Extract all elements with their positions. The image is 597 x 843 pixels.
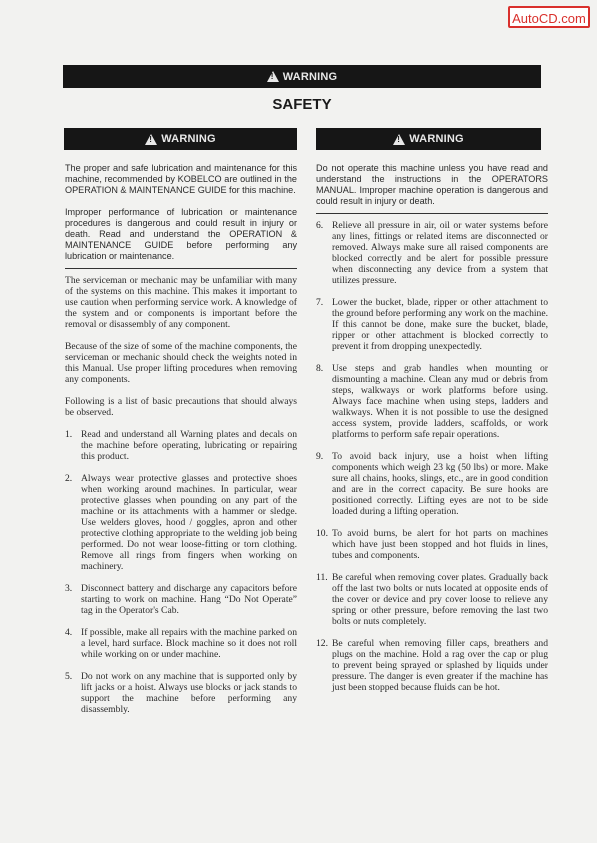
- top-warning-banner: WARNING: [63, 65, 541, 88]
- item-number: 5.: [65, 671, 81, 715]
- item-number: 9.: [316, 451, 332, 517]
- item-text: If possible, make all repairs with the m…: [81, 627, 297, 660]
- warning-triangle-icon: [145, 134, 157, 145]
- item-text: Disconnect battery and discharge any cap…: [81, 583, 297, 616]
- item-text: To avoid back injury, use a hoist when l…: [332, 451, 548, 517]
- precaution-item: 10. To avoid burns, be alert for hot par…: [316, 528, 548, 561]
- precaution-item: 9. To avoid back injury, use a hoist whe…: [316, 451, 548, 517]
- item-text: Lower the bucket, blade, ripper or other…: [332, 297, 548, 352]
- item-text: Read and understand all Warning plates a…: [81, 429, 297, 462]
- precaution-item: 2. Always wear protective glasses and pr…: [65, 473, 297, 572]
- item-number: 4.: [65, 627, 81, 660]
- item-number: 6.: [316, 220, 332, 286]
- banner-label: WARNING: [283, 71, 338, 83]
- warning-triangle-icon: [267, 71, 279, 82]
- precaution-item: 7. Lower the bucket, blade, ripper or ot…: [316, 297, 548, 352]
- precaution-item: 4. If possible, make all repairs with th…: [65, 627, 297, 660]
- item-number: 2.: [65, 473, 81, 572]
- item-text: Relieve all pressure in air, oil or wate…: [332, 220, 548, 286]
- body-paragraph: Because of the size of some of the machi…: [65, 341, 297, 385]
- watermark-logo: AutoCD.com: [508, 6, 590, 28]
- item-number: 1.: [65, 429, 81, 462]
- divider: [316, 213, 548, 214]
- left-warning-banner: WARNING: [64, 128, 297, 150]
- precaution-item: 8. Use steps and grab handles when mount…: [316, 363, 548, 440]
- left-column: The proper and safe lubrication and main…: [65, 163, 297, 715]
- warning-paragraph: Do not operate this machine unless you h…: [316, 163, 548, 207]
- precaution-item: 6. Relieve all pressure in air, oil or w…: [316, 220, 548, 286]
- body-paragraph: The serviceman or mechanic may be unfami…: [65, 275, 297, 330]
- precaution-item: 1. Read and understand all Warning plate…: [65, 429, 297, 462]
- item-text: Always wear protective glasses and prote…: [81, 473, 297, 572]
- precaution-item: 12. Be careful when removing filler caps…: [316, 638, 548, 693]
- page-title: SAFETY: [63, 96, 541, 113]
- divider: [65, 268, 297, 269]
- item-number: 10.: [316, 528, 332, 561]
- warning-paragraph: Improper performance of lubrication or m…: [65, 207, 297, 262]
- warning-triangle-icon: [393, 134, 405, 145]
- item-number: 8.: [316, 363, 332, 440]
- item-text: Be careful when removing cover plates. G…: [332, 572, 548, 627]
- item-number: 7.: [316, 297, 332, 352]
- precaution-item: 5. Do not work on any machine that is su…: [65, 671, 297, 715]
- precaution-item: 3. Disconnect battery and discharge any …: [65, 583, 297, 616]
- item-text: Use steps and grab handles when mounting…: [332, 363, 548, 440]
- warning-paragraph: The proper and safe lubrication and main…: [65, 163, 297, 196]
- item-number: 12.: [316, 638, 332, 693]
- right-column: Do not operate this machine unless you h…: [316, 163, 548, 693]
- item-number: 3.: [65, 583, 81, 616]
- right-warning-banner: WARNING: [316, 128, 541, 150]
- body-paragraph: Following is a list of basic precautions…: [65, 396, 297, 418]
- item-number: 11.: [316, 572, 332, 627]
- item-text: Be careful when removing filler caps, br…: [332, 638, 548, 693]
- banner-label: WARNING: [409, 133, 464, 145]
- precaution-item: 11. Be careful when removing cover plate…: [316, 572, 548, 627]
- item-text: To avoid burns, be alert for hot parts o…: [332, 528, 548, 561]
- item-text: Do not work on any machine that is suppo…: [81, 671, 297, 715]
- banner-label: WARNING: [161, 133, 216, 145]
